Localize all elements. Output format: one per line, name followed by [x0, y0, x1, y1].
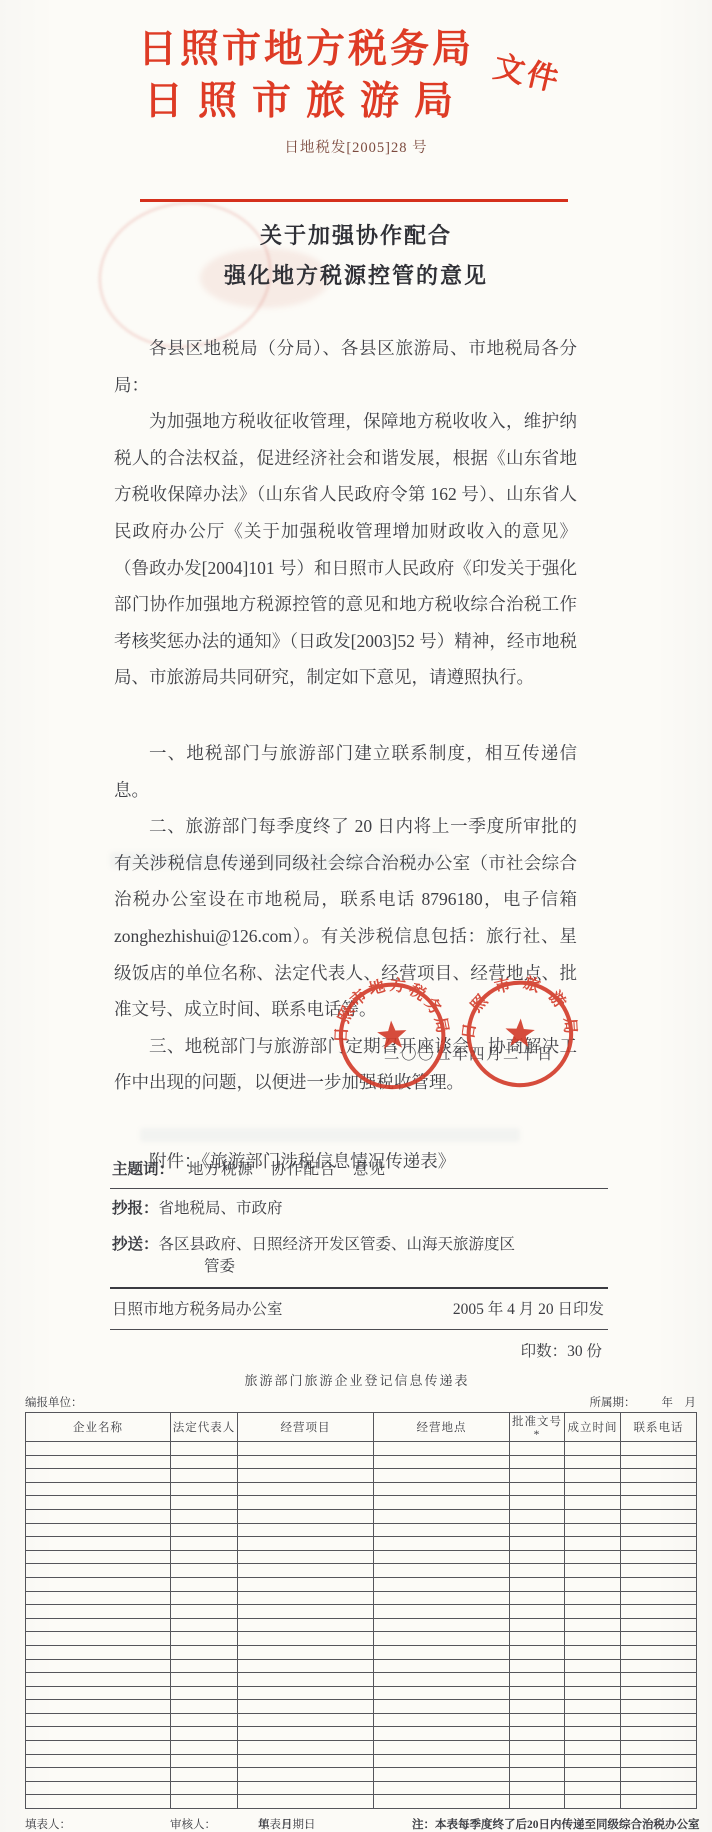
empty-cell [26, 1645, 171, 1659]
empty-cell [238, 1482, 374, 1496]
empty-cell [238, 1455, 374, 1469]
empty-cell [374, 1645, 510, 1659]
table-row [26, 1632, 697, 1646]
empty-cell [565, 1591, 621, 1605]
empty-cell [26, 1605, 171, 1619]
print-copies: 印数：30 份 [110, 1330, 608, 1361]
empty-cell [26, 1618, 171, 1632]
empty-cell [26, 1700, 171, 1714]
empty-cell [171, 1442, 238, 1456]
empty-cell [26, 1795, 171, 1809]
empty-cell [621, 1509, 697, 1523]
table-row [26, 1754, 697, 1768]
empty-cell [171, 1700, 238, 1714]
empty-cell [510, 1686, 565, 1700]
empty-cell [510, 1781, 565, 1795]
empty-cell [374, 1523, 510, 1537]
empty-cell [621, 1700, 697, 1714]
empty-cell [510, 1632, 565, 1646]
column-header: 联系电话 [621, 1413, 697, 1442]
empty-cell [374, 1442, 510, 1456]
empty-cell [171, 1632, 238, 1646]
table-row [26, 1686, 697, 1700]
empty-cell [510, 1523, 565, 1537]
empty-cell [510, 1550, 565, 1564]
empty-cell [565, 1605, 621, 1619]
empty-cell [26, 1482, 171, 1496]
empty-cell [565, 1442, 621, 1456]
copy-send-label: 抄送： [112, 1236, 159, 1253]
org-name-tourism-bureau: 日照市旅游局 [128, 76, 484, 128]
empty-cell [238, 1605, 374, 1619]
title-line-1: 关于加强协作配合 [0, 216, 712, 256]
fill-date-value: 年 月 日 [258, 1816, 316, 1832]
table-meta-row: 编报单位： 所属期：年 月 [14, 1394, 700, 1412]
empty-cell [565, 1645, 621, 1659]
empty-cell [238, 1550, 374, 1564]
copy-report-value: 省地税局、市政府 [159, 1200, 283, 1217]
empty-cell [510, 1700, 565, 1714]
empty-cell [374, 1591, 510, 1605]
empty-cell [171, 1618, 238, 1632]
table-row [26, 1713, 697, 1727]
tax-bureau-seal: 日照市地方税务局 [330, 972, 454, 1096]
table-title: 旅游部门旅游企业登记信息传递表 [14, 1370, 700, 1389]
empty-cell [238, 1673, 374, 1687]
empty-cell [374, 1686, 510, 1700]
empty-cell [238, 1700, 374, 1714]
empty-cell [565, 1700, 621, 1714]
table-footer-row: 填表人： 审核人： 填表日期：年 月 日 注：本表每季度终了后20日内传递至同级… [14, 1816, 700, 1832]
empty-cell [621, 1727, 697, 1741]
empty-cell [171, 1537, 238, 1551]
reporting-unit-label: 编报单位： [25, 1394, 83, 1410]
table-row [26, 1564, 697, 1578]
table-note: 注：本表每季度终了后20日内传递至同级综合治税办公室 [412, 1816, 700, 1832]
empty-cell [510, 1591, 565, 1605]
table-row [26, 1645, 697, 1659]
issuer-row: 日照市地方税务局办公室 2005 年 4 月 20 日印发 [110, 1289, 608, 1327]
empty-cell [565, 1564, 621, 1578]
empty-cell [374, 1741, 510, 1755]
empty-cell [510, 1795, 565, 1809]
column-header: 企业名称 [26, 1413, 171, 1442]
empty-cell [510, 1659, 565, 1673]
empty-cell [621, 1754, 697, 1768]
filler-label: 填表人： [25, 1816, 71, 1832]
paragraph-basis: 为加强地方税收征收管理，保障地方税收收入，维护纳税人的合法权益，促进经济社会和谐… [114, 403, 577, 696]
transfer-table-header-row: 企业名称法定代表人经营项目经营地点批准文号*成立时间联系电话 [26, 1413, 697, 1442]
empty-cell [565, 1632, 621, 1646]
empty-cell [171, 1781, 238, 1795]
empty-cell [238, 1577, 374, 1591]
column-header: 经营项目 [238, 1413, 374, 1442]
empty-cell [510, 1673, 565, 1687]
empty-cell [565, 1537, 621, 1551]
period-field: 所属期：年 月 [590, 1394, 697, 1410]
period-label: 所属期： [590, 1397, 636, 1409]
transfer-table-body [26, 1442, 697, 1809]
column-header: 经营地点 [374, 1413, 510, 1442]
org-name-tax-bureau: 日照市地方税务局 [128, 24, 484, 76]
empty-cell [621, 1659, 697, 1673]
copy-send-row: 抄送：各区县政府、日照经济开发区管委、山海天旅游度区 管委 [110, 1225, 608, 1283]
empty-cell [238, 1768, 374, 1782]
empty-cell [171, 1577, 238, 1591]
attachment-table-section: 旅游部门旅游企业登记信息传递表 编报单位： 所属期：年 月 企业名称法定代表人经… [14, 1370, 700, 1832]
empty-cell [621, 1768, 697, 1782]
empty-cell [621, 1645, 697, 1659]
empty-cell [238, 1523, 374, 1537]
empty-cell [621, 1523, 697, 1537]
empty-cell [565, 1482, 621, 1496]
empty-cell [510, 1564, 565, 1578]
empty-cell [510, 1537, 565, 1551]
salutation: 各县区地税局（分局）、各县区旅游局、市地税局各分局： [114, 330, 577, 403]
table-row [26, 1482, 697, 1496]
seal-star-icon [505, 1018, 536, 1047]
column-header: 法定代表人 [171, 1413, 238, 1442]
scanned-official-document: 日照市地方税务局 日照市旅游局 文件 日地税发[2005]28 号 关于加强协作… [0, 0, 712, 1832]
empty-cell [510, 1455, 565, 1469]
empty-cell [374, 1727, 510, 1741]
transfer-table: 企业名称法定代表人经营项目经营地点批准文号*成立时间联系电话 [25, 1412, 697, 1809]
empty-cell [621, 1455, 697, 1469]
empty-cell [374, 1509, 510, 1523]
empty-cell [621, 1577, 697, 1591]
empty-cell [171, 1795, 238, 1809]
empty-cell [26, 1768, 171, 1782]
copy-report-label: 抄报： [112, 1200, 159, 1217]
empty-cell [374, 1550, 510, 1564]
empty-cell [510, 1754, 565, 1768]
empty-cell [171, 1727, 238, 1741]
empty-cell [238, 1741, 374, 1755]
empty-cell [565, 1754, 621, 1768]
empty-cell [238, 1509, 374, 1523]
empty-cell [26, 1469, 171, 1483]
empty-cell [510, 1469, 565, 1483]
table-row [26, 1442, 697, 1456]
empty-cell [374, 1482, 510, 1496]
subject-label: 主题词： [112, 1161, 174, 1178]
table-row [26, 1768, 697, 1782]
empty-cell [171, 1591, 238, 1605]
period-value: 年 月 [662, 1397, 697, 1409]
empty-cell [374, 1564, 510, 1578]
empty-cell [565, 1469, 621, 1483]
empty-cell [171, 1673, 238, 1687]
empty-cell [621, 1686, 697, 1700]
empty-cell [238, 1781, 374, 1795]
empty-cell [565, 1741, 621, 1755]
empty-cell [621, 1550, 697, 1564]
title-line-2: 强化地方税源控管的意见 [0, 256, 712, 296]
empty-cell [171, 1550, 238, 1564]
empty-cell [171, 1482, 238, 1496]
table-row [26, 1727, 697, 1741]
empty-cell [171, 1645, 238, 1659]
empty-cell [171, 1523, 238, 1537]
document-word: 文件 [490, 41, 566, 100]
empty-cell [510, 1618, 565, 1632]
empty-cell [374, 1577, 510, 1591]
table-row [26, 1523, 697, 1537]
subject-keywords: 地方税源 协作配合 意见 [188, 1161, 386, 1178]
empty-cell [26, 1659, 171, 1673]
empty-cell [171, 1564, 238, 1578]
copy-send-line2: 管委 [204, 1254, 606, 1276]
table-row [26, 1618, 697, 1632]
empty-cell [374, 1469, 510, 1483]
empty-cell [374, 1754, 510, 1768]
subject-row: 主题词：地方税源 协作配合 意见 [110, 1150, 608, 1186]
table-row [26, 1673, 697, 1687]
letterhead: 日照市地方税务局 日照市旅游局 [128, 24, 484, 128]
table-row [26, 1509, 697, 1523]
empty-cell [171, 1713, 238, 1727]
empty-cell [171, 1741, 238, 1755]
empty-cell [26, 1496, 171, 1510]
empty-cell [26, 1577, 171, 1591]
table-row [26, 1537, 697, 1551]
empty-cell [26, 1442, 171, 1456]
empty-cell [565, 1618, 621, 1632]
tourism-bureau-seal: 日照市旅游局 [459, 971, 581, 1093]
empty-cell [374, 1673, 510, 1687]
empty-cell [26, 1591, 171, 1605]
table-row [26, 1496, 697, 1510]
table-row [26, 1550, 697, 1564]
empty-cell [26, 1509, 171, 1523]
empty-cell [621, 1442, 697, 1456]
issuing-office: 日照市地方税务局办公室 [112, 1297, 283, 1319]
empty-cell [238, 1645, 374, 1659]
empty-cell [510, 1727, 565, 1741]
empty-cell [565, 1577, 621, 1591]
empty-cell [510, 1577, 565, 1591]
empty-cell [565, 1713, 621, 1727]
empty-cell [374, 1659, 510, 1673]
empty-cell [621, 1741, 697, 1755]
table-row [26, 1469, 697, 1483]
column-header: 成立时间 [565, 1413, 621, 1442]
empty-cell [374, 1632, 510, 1646]
empty-cell [238, 1659, 374, 1673]
empty-cell [238, 1795, 374, 1809]
empty-cell [26, 1686, 171, 1700]
empty-cell [621, 1564, 697, 1578]
empty-cell [171, 1469, 238, 1483]
empty-cell [565, 1550, 621, 1564]
empty-cell [26, 1537, 171, 1551]
empty-cell [374, 1537, 510, 1551]
empty-cell [565, 1727, 621, 1741]
empty-cell [510, 1713, 565, 1727]
empty-cell [565, 1659, 621, 1673]
empty-cell [238, 1754, 374, 1768]
empty-cell [621, 1482, 697, 1496]
empty-cell [374, 1700, 510, 1714]
empty-cell [238, 1564, 374, 1578]
empty-cell [374, 1768, 510, 1782]
empty-cell [510, 1741, 565, 1755]
print-date: 2005 年 4 月 20 日印发 [453, 1297, 604, 1319]
empty-cell [238, 1686, 374, 1700]
table-row [26, 1781, 697, 1795]
empty-cell [621, 1795, 697, 1809]
empty-cell [171, 1496, 238, 1510]
empty-cell [510, 1605, 565, 1619]
table-row [26, 1795, 697, 1809]
item-1: 一、地税部门与旅游部门建立联系制度，相互传递信息。 [114, 735, 577, 808]
empty-cell [238, 1727, 374, 1741]
empty-cell [510, 1768, 565, 1782]
empty-cell [26, 1455, 171, 1469]
empty-cell [171, 1605, 238, 1619]
empty-cell [238, 1618, 374, 1632]
copy-report-row: 抄报：省地税局、市政府 [110, 1189, 608, 1225]
empty-cell [238, 1713, 374, 1727]
empty-cell [621, 1591, 697, 1605]
empty-cell [26, 1564, 171, 1578]
empty-cell [238, 1442, 374, 1456]
empty-cell [374, 1781, 510, 1795]
empty-cell [238, 1591, 374, 1605]
table-row [26, 1700, 697, 1714]
empty-cell [565, 1768, 621, 1782]
empty-cell [171, 1686, 238, 1700]
empty-cell [26, 1727, 171, 1741]
reviewer-label: 审核人： [170, 1816, 216, 1832]
empty-cell [565, 1795, 621, 1809]
empty-cell [26, 1781, 171, 1795]
table-row [26, 1455, 697, 1469]
empty-cell [621, 1618, 697, 1632]
empty-cell [621, 1673, 697, 1687]
empty-cell [171, 1659, 238, 1673]
empty-cell [374, 1455, 510, 1469]
empty-cell [565, 1509, 621, 1523]
empty-cell [171, 1754, 238, 1768]
empty-cell [26, 1673, 171, 1687]
empty-cell [238, 1632, 374, 1646]
empty-cell [374, 1496, 510, 1510]
empty-cell [374, 1795, 510, 1809]
document-title: 关于加强协作配合 强化地方税源控管的意见 [0, 216, 712, 296]
empty-cell [374, 1618, 510, 1632]
empty-cell [238, 1537, 374, 1551]
empty-cell [621, 1781, 697, 1795]
empty-cell [621, 1537, 697, 1551]
empty-cell [26, 1550, 171, 1564]
empty-cell [621, 1469, 697, 1483]
empty-cell [171, 1768, 238, 1782]
table-row [26, 1605, 697, 1619]
empty-cell [621, 1713, 697, 1727]
empty-cell [565, 1673, 621, 1687]
empty-cell [565, 1686, 621, 1700]
empty-cell [565, 1781, 621, 1795]
empty-cell [26, 1713, 171, 1727]
table-row [26, 1577, 697, 1591]
empty-cell [374, 1713, 510, 1727]
empty-cell [510, 1496, 565, 1510]
empty-cell [171, 1509, 238, 1523]
empty-cell [621, 1632, 697, 1646]
empty-cell [26, 1754, 171, 1768]
table-row [26, 1591, 697, 1605]
empty-cell [565, 1496, 621, 1510]
document-number: 日地税发[2005]28 号 [0, 136, 712, 157]
empty-cell [26, 1632, 171, 1646]
empty-cell [374, 1605, 510, 1619]
empty-cell [621, 1605, 697, 1619]
empty-cell [26, 1523, 171, 1537]
empty-cell [565, 1523, 621, 1537]
empty-cell [171, 1455, 238, 1469]
empty-cell [26, 1741, 171, 1755]
empty-cell [621, 1496, 697, 1510]
empty-cell [565, 1455, 621, 1469]
empty-cell [510, 1482, 565, 1496]
empty-cell [238, 1469, 374, 1483]
document-footer: 主题词：地方税源 协作配合 意见 抄报：省地税局、市政府 抄送：各区县政府、日照… [110, 1150, 608, 1361]
empty-cell [510, 1509, 565, 1523]
seal-star-icon [376, 1019, 407, 1049]
copy-send-line1: 各区县政府、日照经济开发区管委、山海天旅游度区 [159, 1236, 516, 1253]
empty-cell [238, 1496, 374, 1510]
table-row [26, 1659, 697, 1673]
empty-cell [510, 1442, 565, 1456]
empty-cell [510, 1645, 565, 1659]
table-row [26, 1741, 697, 1755]
column-header: 批准文号* [510, 1413, 565, 1442]
